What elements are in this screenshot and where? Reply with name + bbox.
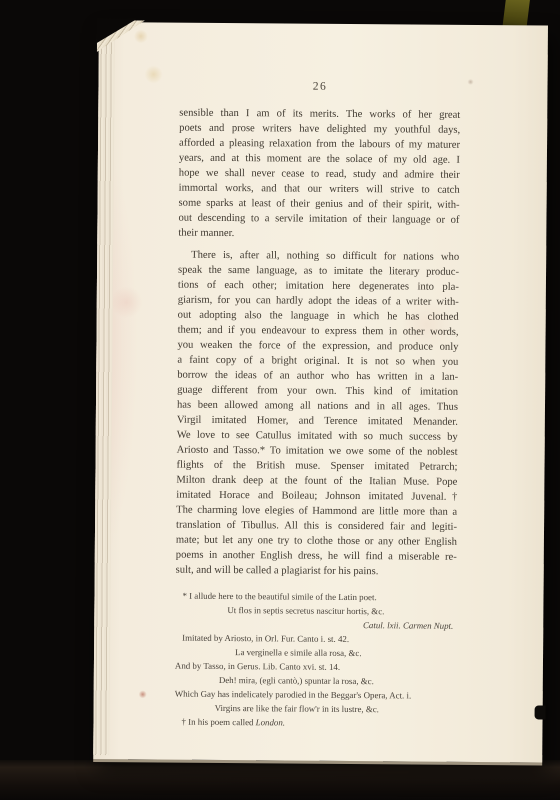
page-number: 26 (179, 80, 460, 95)
text-line: their manner. (178, 226, 459, 243)
paragraph-2: There is, after all, nothing so difficul… (176, 248, 460, 580)
footnote-line: Imitated by Ariosto, in Orl. Fur. Canto … (175, 631, 456, 647)
footnote-work-title: London. (256, 717, 285, 727)
text-line: sult, and will be called a plagiarist fo… (176, 563, 457, 580)
scanned-book-photo: 26 sensible than I am of its merits. The… (0, 0, 560, 800)
footnote-line: * I allude here to the beautiful simile … (175, 589, 456, 605)
paragraph-1: sensible than I am of its merits. The wo… (178, 106, 460, 243)
page-edge-notch (535, 705, 546, 719)
table-surface (0, 760, 560, 800)
book-page: 26 sensible than I am of its merits. The… (93, 22, 548, 763)
footnote-line: And by Tasso, in Gerus. Lib. Canto xvi. … (175, 659, 456, 675)
text-column: 26 sensible than I am of its merits. The… (174, 23, 461, 731)
page-edge-stack (93, 30, 115, 755)
footnote-text: † In his poem called (181, 717, 255, 728)
footnotes-block: * I allude here to the beautiful simile … (174, 589, 456, 731)
footnote-line: † In his poem called London. (174, 715, 455, 731)
